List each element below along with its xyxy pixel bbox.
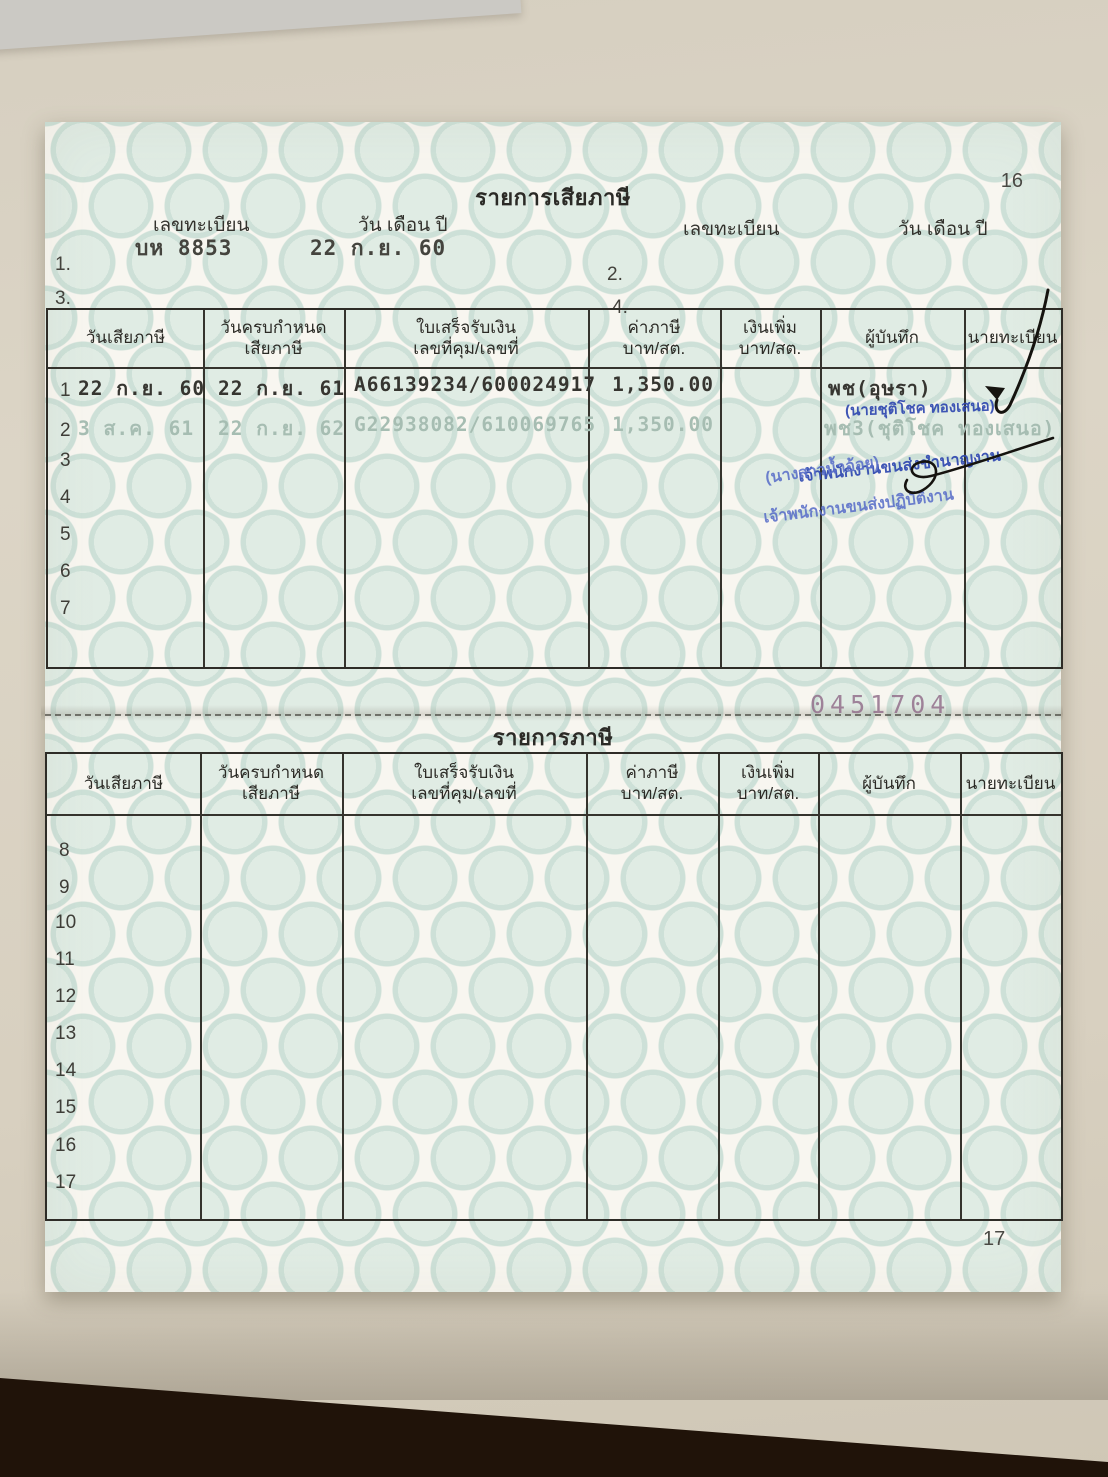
header-text: เลขที่คุม/เลขที่ [413, 339, 518, 360]
header-divider [48, 367, 1061, 369]
column-divider [818, 754, 820, 1219]
row-number: 1 [60, 380, 71, 402]
header-text: ผู้บันทึก [865, 328, 919, 349]
header-payment-date: วันเสียภาษี [48, 310, 203, 367]
table-shadow [0, 1290, 1108, 1400]
header-text: บาท/สต. [737, 784, 799, 805]
row-number: 15 [55, 1097, 76, 1119]
header-text: ใบเสร็จรับเงิน [414, 763, 514, 784]
column-divider [200, 754, 202, 1219]
header-text: ค่าภาษี [626, 763, 679, 784]
header-surcharge: เงินเพิ่ม บาท/สต. [720, 310, 820, 367]
header-payment-date: วันเสียภาษี [47, 754, 200, 814]
header-surcharge: เงินเพิ่ม บาท/สต. [718, 754, 818, 814]
header-text: วันครบกำหนด [218, 763, 324, 784]
header-text: ค่าภาษี [628, 318, 681, 339]
header-receipt: ใบเสร็จรับเงิน เลขที่คุม/เลขที่ [344, 310, 588, 367]
row-number: 4 [60, 487, 71, 509]
header-text: นายทะเบียน [966, 774, 1056, 795]
header-text: วันครบกำหนด [220, 318, 326, 339]
header-tax: ค่าภาษี บาท/สต. [588, 310, 720, 367]
row-number: 13 [55, 1023, 76, 1045]
perforation-line [45, 714, 1061, 716]
header-text: ผู้บันทึก [862, 774, 916, 795]
photo-of-tax-record-book: 16 รายการเสียภาษี เลขทะเบียน วัน เดือน ป… [0, 0, 1108, 1477]
header-text: เสียภาษี [242, 784, 300, 805]
row-number: 12 [55, 986, 76, 1008]
header-registrar: นายทะเบียน [964, 310, 1061, 367]
row-number: 2 [60, 420, 71, 442]
row-number: 9 [59, 877, 70, 899]
item-number-3: 3. [55, 288, 71, 310]
row-number: 7 [60, 598, 71, 620]
column-divider [960, 754, 962, 1219]
header-text: วันเสียภาษี [84, 774, 163, 795]
registration-value: บห 8853 [135, 232, 232, 265]
header-registrar: นายทะเบียน [960, 754, 1061, 814]
row-number: 5 [60, 524, 71, 546]
row-number: 10 [55, 912, 76, 934]
page-number-bottom: 17 [983, 1228, 1005, 1251]
payment-date-cell: 3 ส.ค. 61 [78, 413, 194, 444]
header-due-date: วันครบกำหนด เสียภาษี [203, 310, 344, 367]
header-text: เงินเพิ่ม [741, 763, 795, 784]
tax-table-bottom: วันเสียภาษี วันครบกำหนด เสียภาษี ใบเสร็จ… [45, 752, 1063, 1221]
column-divider [342, 754, 344, 1219]
column-divider [586, 754, 588, 1219]
header-text: นายทะเบียน [968, 328, 1058, 349]
date-label-right: วัน เดือน ปี [898, 214, 988, 244]
receipt-cell: A66139234/600024917 [354, 373, 596, 396]
payment-date-cell: 22 ก.ย. 60 [78, 373, 205, 404]
header-due-date: วันครบกำหนด เสียภาษี [200, 754, 342, 814]
row-number: 16 [55, 1135, 76, 1157]
registration-label-right: เลขทะเบียน [683, 214, 780, 244]
header-text: เลขที่คุม/เลขที่ [411, 784, 516, 805]
tax-amount-cell: 1,350.00 [588, 373, 714, 396]
row-number: 8 [59, 840, 70, 862]
due-date-cell: 22 ก.ย. 61 [218, 373, 345, 404]
row-number: 11 [55, 949, 75, 971]
receipt-cell: G22938082/610069765 [354, 413, 596, 436]
page-title-bottom: รายการภาษี [45, 720, 1061, 755]
header-recorder: ผู้บันทึก [820, 310, 964, 367]
header-text: วันเสียภาษี [86, 328, 165, 349]
row-number: 17 [55, 1172, 76, 1194]
header-text: ใบเสร็จรับเงิน [416, 318, 516, 339]
header-receipt: ใบเสร็จรับเงิน เลขที่คุม/เลขที่ [342, 754, 586, 814]
item-number-1: 1. [55, 254, 71, 276]
header-divider [47, 814, 1061, 816]
header-tax: ค่าภาษี บาท/สต. [586, 754, 718, 814]
wall-trim-edge [0, 0, 521, 55]
header-text: บาท/สต. [739, 339, 801, 360]
header-text: บาท/สต. [623, 339, 685, 360]
tax-date-value: 22 ก.ย. 60 [310, 232, 446, 265]
tax-amount-cell: 1,350.00 [588, 413, 714, 436]
registration-book-page: 16 รายการเสียภาษี เลขทะเบียน วัน เดือน ป… [45, 122, 1061, 1292]
due-date-cell: 22 ก.ย. 62 [218, 413, 345, 444]
column-divider [718, 754, 720, 1219]
row-number: 6 [60, 561, 71, 583]
header-text: บาท/สต. [621, 784, 683, 805]
row-number: 14 [55, 1060, 76, 1082]
header-text: เสียภาษี [244, 339, 302, 360]
row-number: 3 [60, 450, 71, 472]
header-text: เงินเพิ่ม [743, 318, 797, 339]
item-number-2: 2. [607, 264, 623, 286]
header-recorder: ผู้บันทึก [818, 754, 960, 814]
